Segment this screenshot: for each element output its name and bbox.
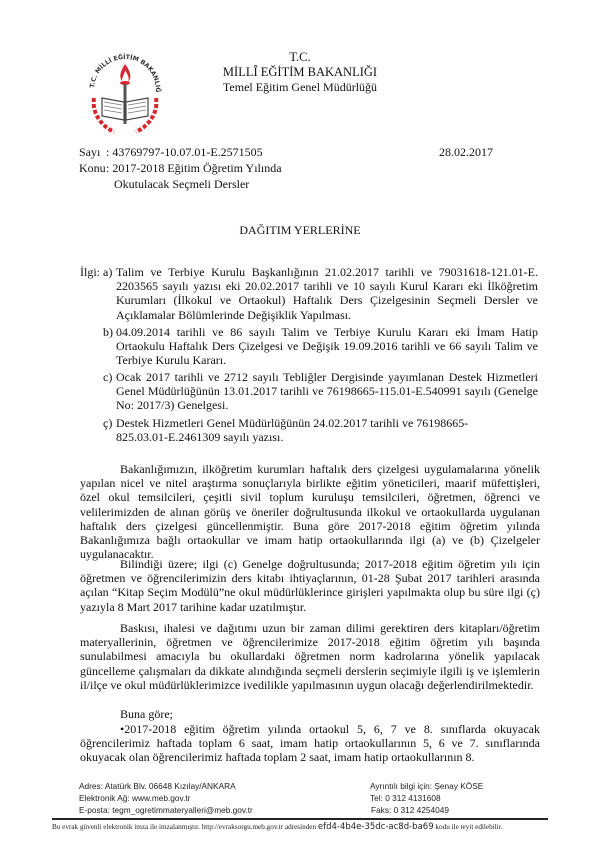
ilgi-item-a: Talim ve Terbiye Kurulu Başkanlığının 21…	[116, 265, 538, 322]
footer-contact: Ayrıntılı bilgi için: Şenay KÖSE	[370, 781, 483, 792]
ilgi-marker-a: a)	[103, 265, 112, 279]
document-date: 28.02.2017	[439, 144, 493, 160]
sayi-label: Sayı	[79, 144, 100, 160]
verification-line: Bu evrak güvenli elektronik imza ile imz…	[52, 822, 548, 832]
ilgi-marker-b: b)	[103, 325, 113, 339]
verification-code: efd4-4b4e-35dc-ac8d-ba69	[318, 822, 434, 832]
header-tc: T.C.	[0, 50, 600, 66]
konu-value: : 2017-2018 Eğitim Öğretim Yılında	[106, 160, 282, 176]
paragraph-4: Buna göre;	[80, 707, 540, 721]
sayi-value: : 43769797-10.07.01-E.2571505	[106, 144, 263, 160]
konu-value-line2: Okutulacak Seçmeli Dersler	[114, 176, 249, 192]
footer-web: Elektronik Ağ: www.meb.gov.tr	[79, 793, 190, 804]
verification-prefix: Bu evrak güvenli elektronik imza ile imz…	[52, 823, 316, 831]
konu-label: Konu	[79, 160, 106, 176]
footer-email: E-posta: tegm_ogretimmateryalleri@meb.go…	[79, 805, 253, 816]
verification-suffix: kodu ile teyit edilebilir.	[435, 823, 502, 831]
ilgi-label: İlgi:	[80, 265, 100, 279]
paragraph-3: Baskısı, ihalesi ve dağıtımı uzun bir za…	[80, 621, 540, 692]
footer-divider	[52, 818, 548, 820]
footer-address: Adres: Atatürk Blv. 06648 Kızılay/ANKARA	[79, 781, 236, 792]
recipient-heading: DAĞITIM YERLERİNE	[0, 222, 600, 238]
ilgi-item-b: 04.09.2014 tarihli ve 86 sayılı Talim ve…	[116, 325, 538, 368]
header-directorate: Temel Eğitim Genel Müdürlüğü	[0, 80, 600, 96]
ilgi-marker-c: c)	[103, 370, 112, 384]
ilgi-item-cc: Destek Hizmetleri Genel Müdürlüğünün 24.…	[116, 416, 516, 444]
ilgi-marker-cc: ç)	[103, 416, 112, 430]
ilgi-item-c: Ocak 2017 tarihli ve 2712 sayılı Tebliğl…	[116, 370, 538, 413]
header-ministry: MİLLÎ EĞİTİM BAKANLIĞI	[0, 65, 600, 81]
paragraph-2: Bilindiği üzere; ilgi (c) Genelge doğrul…	[80, 557, 540, 614]
footer-tel: Tel: 0 312 4131608	[370, 793, 441, 804]
footer-fax: Faks: 0 312 4254049	[371, 805, 449, 816]
paragraph-5: •2017-2018 eğitim öğretim yılında ortaok…	[80, 722, 540, 765]
paragraph-1: Bakanlığımızın, ilköğretim kurumları haf…	[80, 462, 540, 561]
